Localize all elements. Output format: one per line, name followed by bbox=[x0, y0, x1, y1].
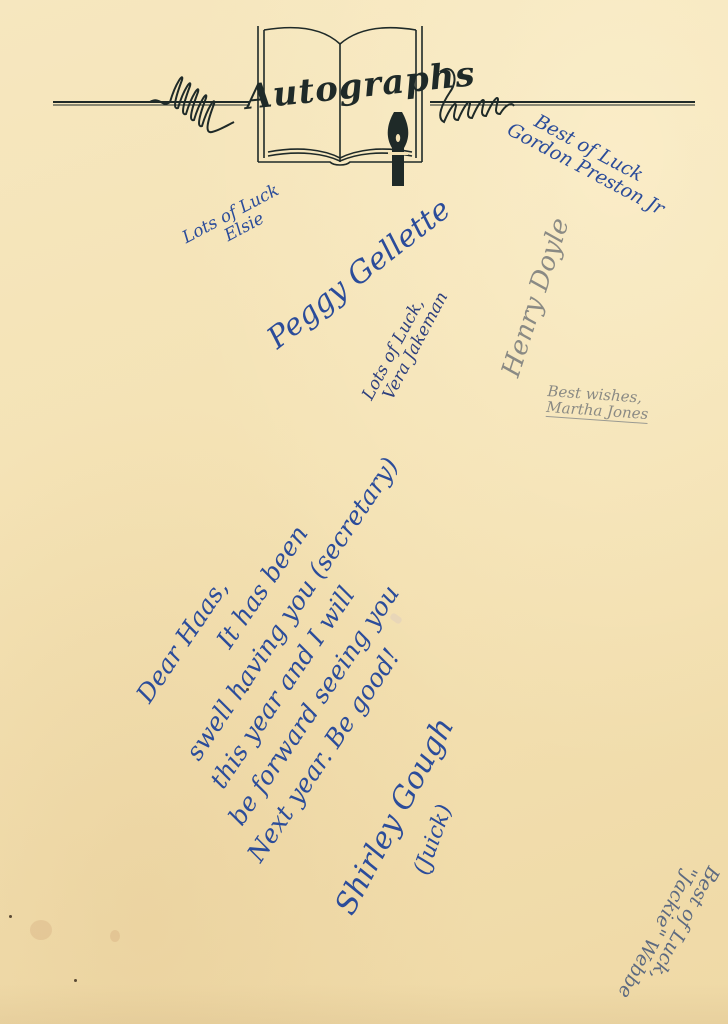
paper-stain bbox=[30, 920, 52, 940]
signature-nickname: (Juick) bbox=[410, 802, 457, 878]
inscription-vera: Lots of Luck, Vera Jakeman bbox=[360, 281, 452, 412]
paper-speck bbox=[9, 915, 12, 918]
paper-stain bbox=[110, 930, 120, 942]
autograph-page: Autographs Best of Luck Gordon Preston J… bbox=[0, 0, 728, 1024]
paper-speck bbox=[74, 979, 77, 982]
nickname: (Juick) bbox=[410, 802, 457, 878]
inscription-henry: Henry Doyle bbox=[498, 215, 575, 380]
signature: Henry Doyle bbox=[498, 215, 575, 380]
inscription-martha: Best wishes, Martha Jones bbox=[546, 384, 650, 424]
signature: Martha Jones bbox=[546, 400, 649, 424]
